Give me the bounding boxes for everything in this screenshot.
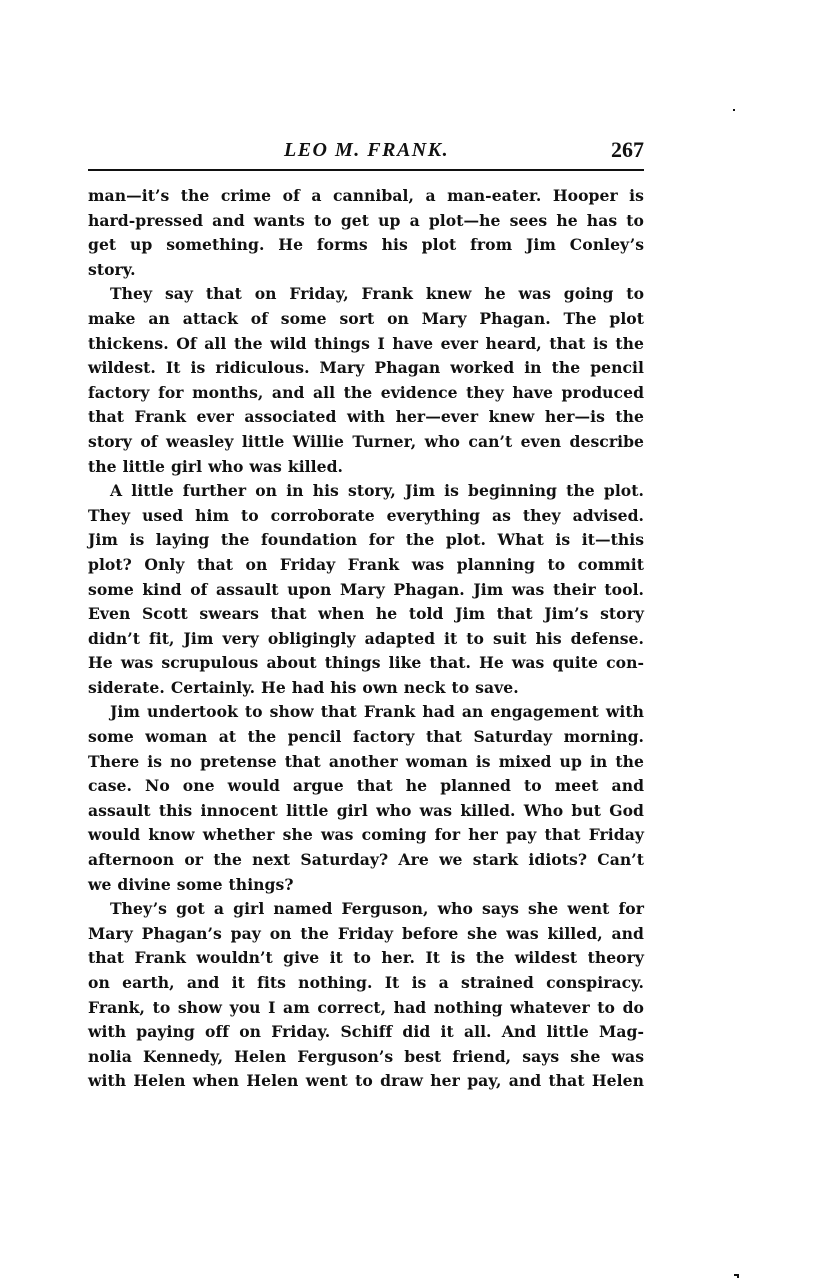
text-line: that Frank wouldn’t give it to her. It i… — [88, 946, 644, 971]
text-line: wildest. It is ridiculous. Mary Phagan w… — [88, 356, 644, 381]
text-line: make an attack of some sort on Mary Phag… — [88, 307, 644, 332]
text-line: assault this innocent little girl who wa… — [88, 799, 644, 824]
text-line: nolia Kennedy, Helen Ferguson’s best fri… — [88, 1045, 644, 1070]
text-line: There is no pretense that another woman … — [88, 750, 644, 775]
text-line: Jim undertook to show that Frank had an … — [88, 700, 644, 725]
text-line: Even Scott swears that when he told Jim … — [88, 602, 644, 627]
paragraph-3: A little further on in his story, Jim is… — [88, 479, 644, 700]
text-line: factory for months, and all the evidence… — [88, 381, 644, 406]
body-text: man—it’s the crime of a cannibal, a man-… — [88, 184, 644, 1094]
page-number: 267 — [611, 136, 644, 164]
text-line: hard-pressed and wants to get up a plot—… — [88, 209, 644, 234]
text-line: some kind of assault upon Mary Phagan. J… — [88, 578, 644, 603]
book-page: LEO M. FRANK. 267 man—it’s the crime of … — [88, 136, 644, 166]
text-line: Jim is laying the foundation for the plo… — [88, 528, 644, 553]
running-title: LEO M. FRANK. — [284, 136, 449, 164]
text-line: man—it’s the crime of a cannibal, a man-… — [88, 184, 644, 209]
text-line: we divine some things? — [88, 873, 644, 898]
scan-speck — [734, 1274, 739, 1276]
running-header: LEO M. FRANK. 267 — [88, 136, 644, 166]
text-line: would know whether she was coming for he… — [88, 823, 644, 848]
paragraph-5: They’s got a girl named Ferguson, who sa… — [88, 897, 644, 1094]
text-line: Mary Phagan’s pay on the Friday before s… — [88, 922, 644, 947]
paragraph-1: man—it’s the crime of a cannibal, a man-… — [88, 184, 644, 282]
paragraph-2: They say that on Friday, Frank knew he w… — [88, 282, 644, 479]
text-line: He was scrupulous about things like that… — [88, 651, 644, 676]
text-line: on earth, and it fits nothing. It is a s… — [88, 971, 644, 996]
text-line: They used him to corroborate everything … — [88, 504, 644, 529]
text-line: A little further on in his story, Jim is… — [88, 479, 644, 504]
text-line: with paying off on Friday. Schiff did it… — [88, 1020, 644, 1045]
text-line: They say that on Friday, Frank knew he w… — [88, 282, 644, 307]
text-line: with Helen when Helen went to draw her p… — [88, 1069, 644, 1094]
text-line: some woman at the pencil factory that Sa… — [88, 725, 644, 750]
text-line: that Frank ever associated with her—ever… — [88, 405, 644, 430]
paragraph-4: Jim undertook to show that Frank had an … — [88, 700, 644, 897]
text-line: story of weasley little Willie Turner, w… — [88, 430, 644, 455]
text-line: story. — [88, 258, 644, 283]
text-line: afternoon or the next Saturday? Are we s… — [88, 848, 644, 873]
text-line: get up something. He forms his plot from… — [88, 233, 644, 258]
text-line: They’s got a girl named Ferguson, who sa… — [88, 897, 644, 922]
header-rule — [88, 169, 644, 171]
text-line: Frank, to show you I am correct, had not… — [88, 996, 644, 1021]
text-line: thickens. Of all the wild things I have … — [88, 332, 644, 357]
text-line: case. No one would argue that he planned… — [88, 774, 644, 799]
text-line: siderate. Certainly. He had his own neck… — [88, 676, 644, 701]
text-line: plot? Only that on Friday Frank was plan… — [88, 553, 644, 578]
text-line: didn’t fit, Jim very obligingly adapted … — [88, 627, 644, 652]
scan-speck — [733, 109, 735, 111]
text-line: the little girl who was killed. — [88, 455, 644, 480]
